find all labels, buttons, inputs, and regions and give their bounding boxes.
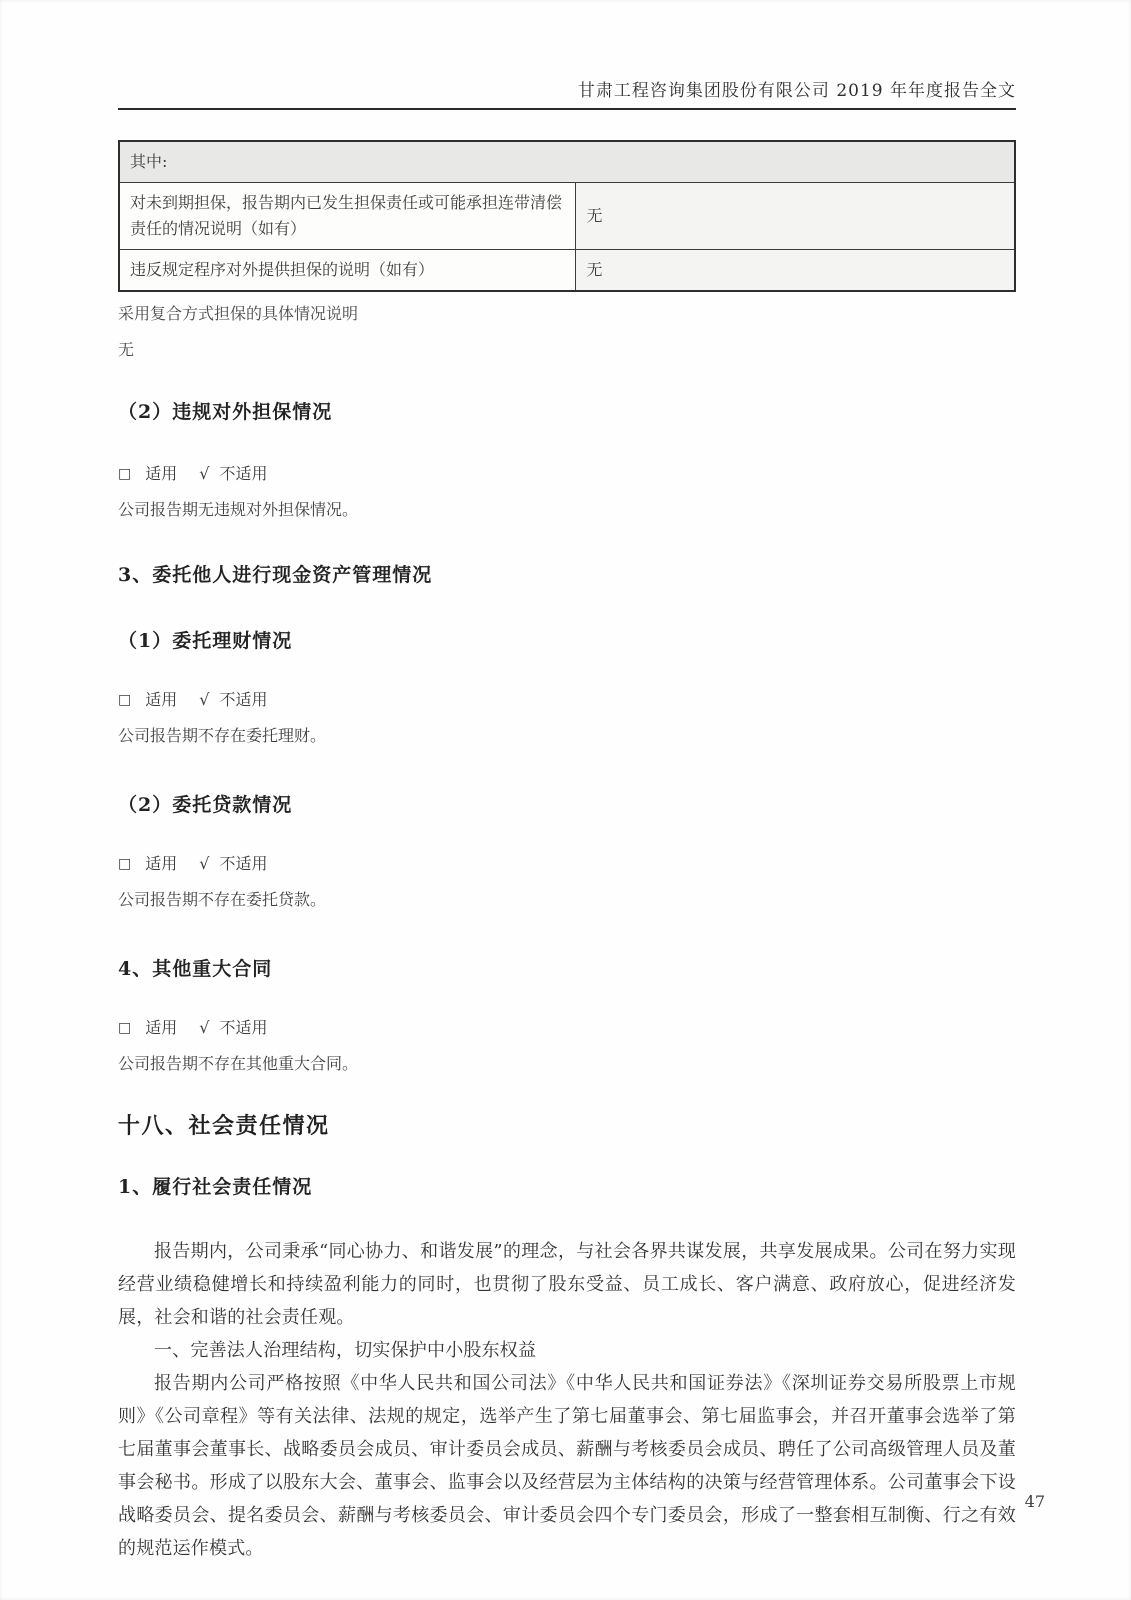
heading-fulfillment: 1、履行社会责任情况 (118, 1174, 1016, 1200)
composite-guarantee-note-label: 采用复合方式担保的具体情况说明 (118, 303, 1016, 325)
not-applicable-label: 不适用 (219, 690, 267, 709)
heading-social-responsibility: 十八、社会责任情况 (118, 1111, 1016, 1141)
not-applicable-label: 不适用 (219, 1018, 267, 1037)
table-label-cell: 对未到期担保，报告期内已发生担保责任或可能承担连带清偿责任的情况说明（如有） (119, 183, 576, 250)
checkbox-unchecked-icon: □ (118, 1020, 131, 1036)
checkmark-icon: √ (199, 464, 209, 483)
applicable-label: 适用 (145, 690, 177, 709)
not-applicable-label: 不适用 (219, 854, 267, 873)
fulfillment-paragraph: 报告期内公司严格按照《中华人民共和国公司法》《中华人民共和国证券法》《深圳证券交… (118, 1367, 1016, 1565)
heading-entrusted-cash-management: 3、委托他人进行现金资产管理情况 (118, 562, 1016, 588)
table-row: 违反规定程序对外提供担保的说明（如有） 无 (119, 250, 1015, 292)
checkmark-icon: √ (199, 854, 209, 873)
applicable-label: 适用 (145, 1018, 177, 1037)
composite-guarantee-note-value: 无 (118, 339, 1016, 361)
heading-entrusted-wealth: （1）委托理财情况 (118, 628, 1016, 654)
applicable-label: 适用 (145, 854, 177, 873)
section-body-text: 公司报告期无违规对外担保情况。 (118, 498, 1016, 522)
section-body-text: 公司报告期不存在其他重大合同。 (118, 1052, 1016, 1076)
checkbox-unchecked-icon: □ (118, 856, 131, 872)
table-label-cell: 违反规定程序对外提供担保的说明（如有） (119, 250, 576, 292)
applicable-label: 适用 (145, 464, 177, 483)
section-body-text: 公司报告期不存在委托理财。 (118, 724, 1016, 748)
checkbox-unchecked-icon: □ (118, 466, 131, 482)
fulfillment-paragraph: 一、完善法人治理结构，切实保护中小股东权益 (118, 1334, 1016, 1367)
page-header-title: 甘肃工程咨询集团股份有限公司 2019 年年度报告全文 (118, 0, 1016, 101)
report-page: 甘肃工程咨询集团股份有限公司 2019 年年度报告全文 其中: 对未到期担保，报… (0, 0, 1131, 1600)
table-value-cell: 无 (576, 183, 1015, 250)
heading-entrusted-loans: （2）委托贷款情况 (118, 792, 1016, 818)
applicability-line: □适用√不适用 (118, 1017, 1016, 1040)
heading-illegal-guarantee: （2）违规对外担保情况 (118, 399, 1016, 425)
applicability-line: □适用√不适用 (118, 463, 1016, 486)
table-row: 对未到期担保，报告期内已发生担保责任或可能承担连带清偿责任的情况说明（如有） 无 (119, 183, 1015, 250)
page-number: 47 (1025, 1492, 1045, 1511)
heading-other-major-contracts: 4、其他重大合同 (118, 956, 1016, 982)
section-body-text: 公司报告期不存在委托贷款。 (118, 888, 1016, 912)
checkmark-icon: √ (199, 1018, 209, 1037)
table-value-cell: 无 (576, 250, 1015, 292)
guarantee-table: 其中: 对未到期担保，报告期内已发生担保责任或可能承担连带清偿责任的情况说明（如… (118, 140, 1016, 292)
checkmark-icon: √ (199, 690, 209, 709)
applicability-line: □适用√不适用 (118, 853, 1016, 876)
table-row: 其中: (119, 141, 1015, 183)
checkbox-unchecked-icon: □ (118, 692, 131, 708)
not-applicable-label: 不适用 (219, 464, 267, 483)
fulfillment-paragraph: 报告期内，公司秉承“同心协力、和谐发展”的理念，与社会各界共谋发展，共享发展成果… (118, 1235, 1016, 1334)
table-subheader-cell: 其中: (119, 141, 1015, 183)
applicability-line: □适用√不适用 (118, 689, 1016, 712)
header-divider (118, 108, 1016, 110)
